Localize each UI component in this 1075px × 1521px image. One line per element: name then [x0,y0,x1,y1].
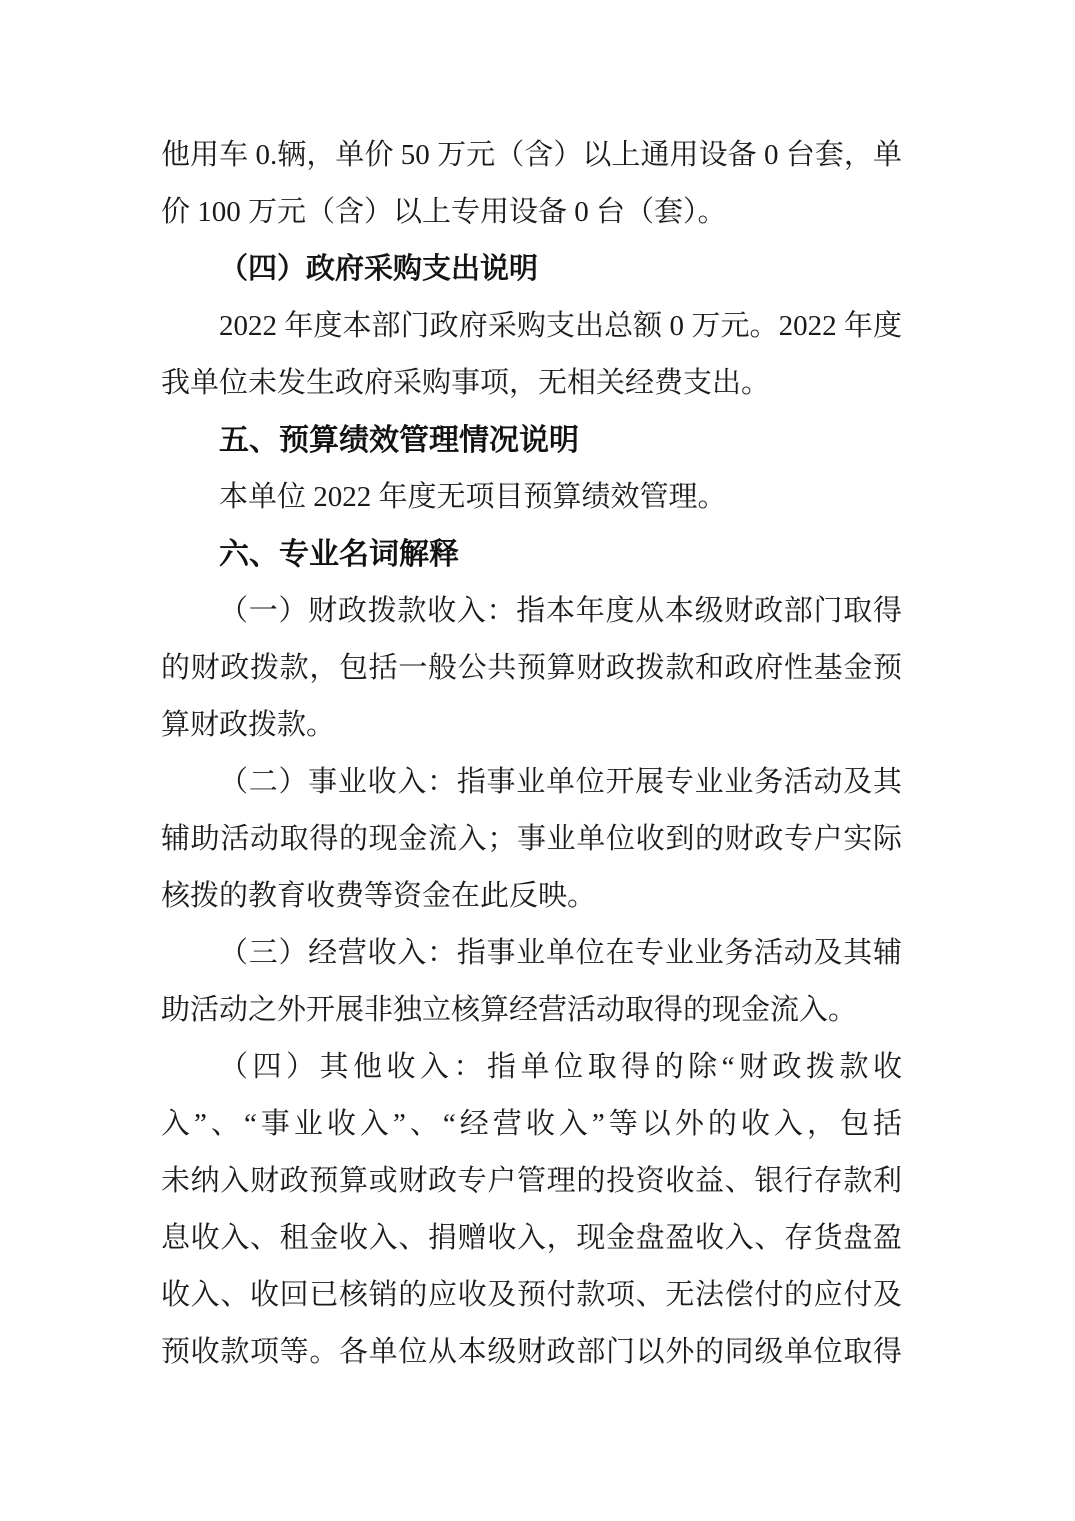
paragraph-line: 息收入、租金收入、捐赠收入，现金盘盈收入、存货盘盈 [161,1210,902,1267]
paragraph-line: 预收款项等。各单位从本级财政部门以外的同级单位取得 [161,1324,902,1381]
paragraph-line: 收入、收回已核销的应收及预付款项、无法偿付的应付及 [161,1267,902,1324]
paragraph-line: 核拨的教育收费等资金在此反映。 [161,868,902,925]
paragraph-line: 辅助活动取得的现金流入；事业单位收到的财政专户实际 [161,811,902,868]
document-page: 他用车 0.辆，单价 50 万元（含）以上通用设备 0 台套，单价 100 万元… [0,0,1075,1521]
paragraph-line: （四）其他收入：指单位取得的除“财政拨款收 [161,1039,902,1096]
paragraph-line: 助活动之外开展非独立核算经营活动取得的现金流入。 [161,982,902,1039]
paragraph-line: 算财政拨款。 [161,697,902,754]
paragraph-line: 本单位 2022 年度无项目预算绩效管理。 [161,469,902,526]
paragraph-line: 入”、“事业收入”、“经营收入”等以外的收入，包括 [161,1096,902,1153]
paragraph-line: （一）财政拨款收入：指本年度从本级财政部门取得 [161,583,902,640]
paragraph-line: 未纳入财政预算或财政专户管理的投资收益、银行存款利 [161,1153,902,1210]
paragraph-line: 2022 年度本部门政府采购支出总额 0 万元。2022 年度 [161,298,902,355]
section-heading: 五、预算绩效管理情况说明 [161,412,902,469]
paragraph-line: 我单位未发生政府采购事项，无相关经费支出。 [161,355,902,412]
paragraph-line: 的财政拨款，包括一般公共预算财政拨款和政府性基金预 [161,640,902,697]
paragraph-line: （二）事业收入：指事业单位开展专业业务活动及其 [161,754,902,811]
document-text-block: 他用车 0.辆，单价 50 万元（含）以上通用设备 0 台套，单价 100 万元… [161,127,902,1381]
paragraph-line: 价 100 万元（含）以上专用设备 0 台（套）。 [161,184,902,241]
paragraph-line: 他用车 0.辆，单价 50 万元（含）以上通用设备 0 台套，单 [161,127,902,184]
paragraph-line: （三）经营收入：指事业单位在专业业务活动及其辅 [161,925,902,982]
section-heading: 六、专业名词解释 [161,526,902,583]
subsection-heading: （四）政府采购支出说明 [161,241,902,298]
